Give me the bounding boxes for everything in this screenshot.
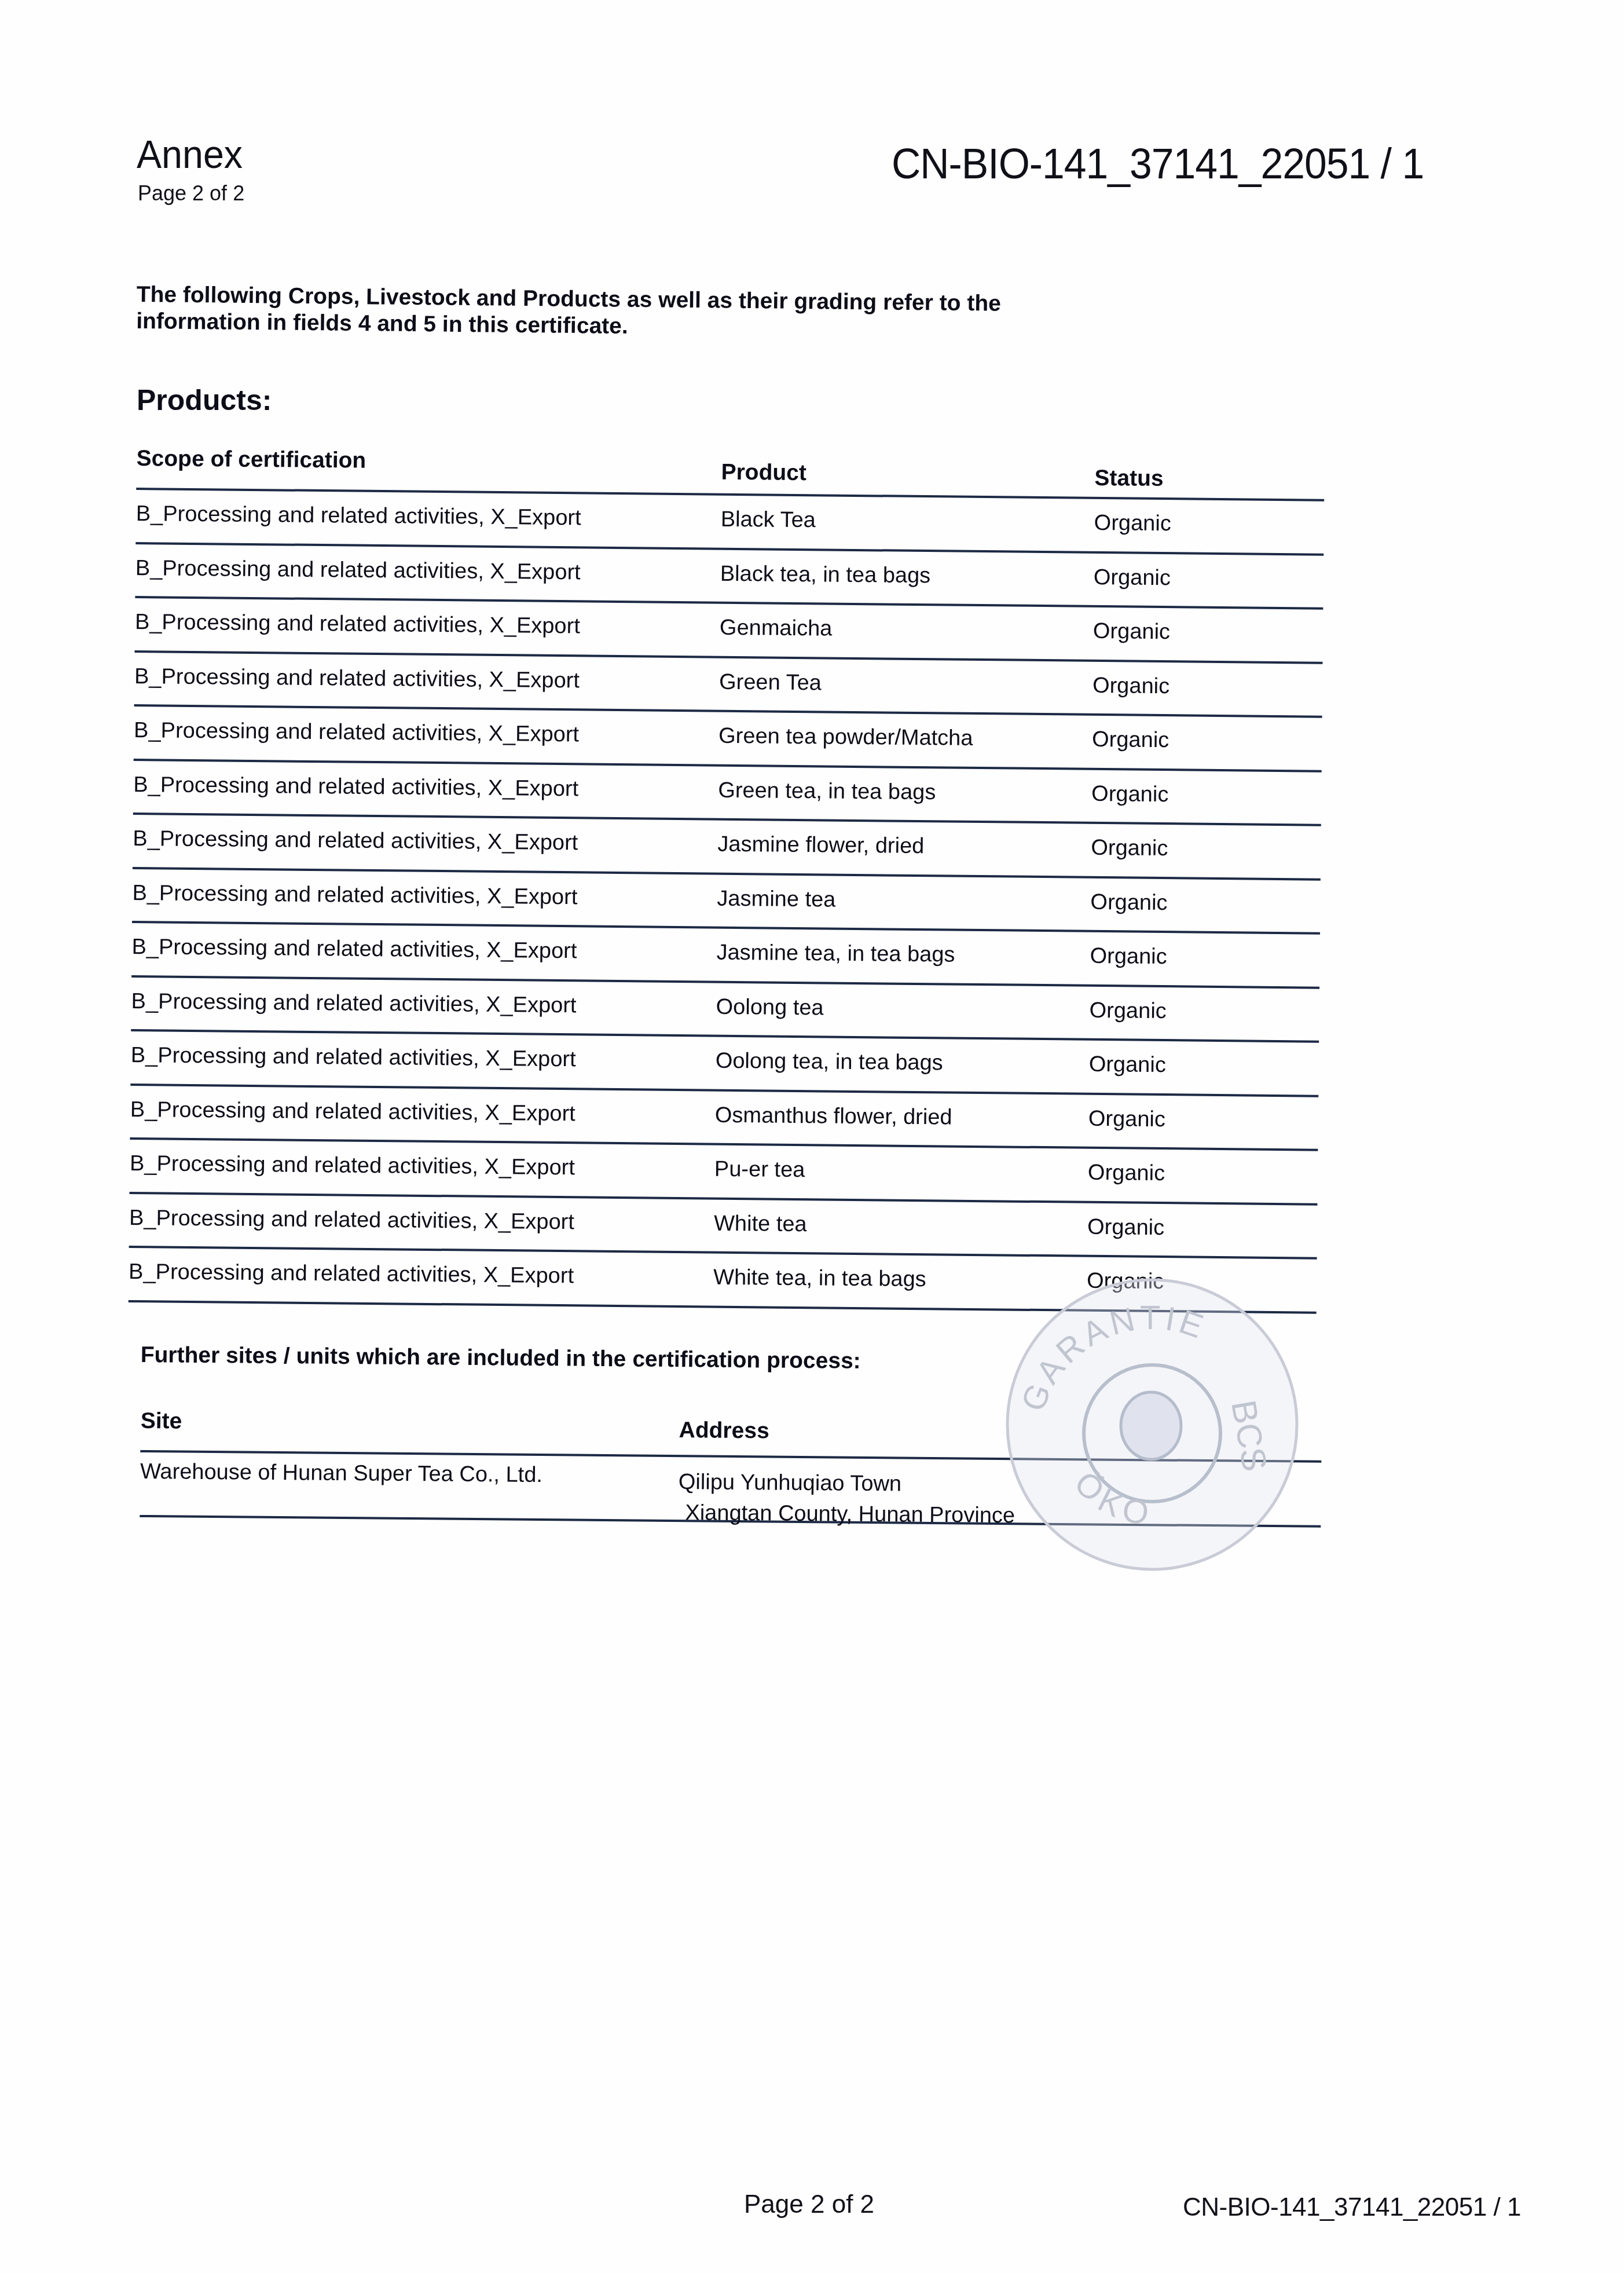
table-row: Warehouse of Hunan Super Tea Co., Ltd. Q… xyxy=(140,1452,1321,1528)
products-table: Scope of certification Product Status B_… xyxy=(129,441,1325,1313)
column-header-site: Site xyxy=(141,1408,182,1434)
sites-table: Site Address Warehouse of Hunan Super Te… xyxy=(140,1406,1322,1528)
product-cell: Genmaicha xyxy=(720,616,833,642)
scope-cell: B_Processing and related activities, X_E… xyxy=(132,880,577,909)
status-cell: Organic xyxy=(1094,565,1171,590)
product-cell: Jasmine tea xyxy=(717,886,835,912)
status-cell: Organic xyxy=(1093,619,1170,645)
scope-cell: B_Processing and related activities, X_E… xyxy=(134,664,580,693)
svg-text:GARANTIE: GARANTIE xyxy=(1014,1299,1211,1416)
certificate-annex-page: Annex Page 2 of 2 CN-BIO-141_37141_22051… xyxy=(0,0,1624,2273)
product-cell: Green tea powder/Matcha xyxy=(718,724,973,751)
product-cell: Jasmine tea, in tea bags xyxy=(716,940,955,968)
intro-text: The following Crops, Livestock and Produ… xyxy=(136,281,1121,345)
certificate-number: CN-BIO-141_37141_22051 / 1 xyxy=(892,139,1424,188)
product-cell: Green Tea xyxy=(719,669,822,696)
column-header-address: Address xyxy=(679,1418,769,1444)
table-row: B_Processing and related activities, X_E… xyxy=(129,1248,1317,1313)
scope-cell: B_Processing and related activities, X_E… xyxy=(130,1097,575,1126)
seal-text-top: GARANTIE xyxy=(1014,1299,1211,1416)
column-header-status: Status xyxy=(1094,466,1164,492)
scope-cell: B_Processing and related activities, X_E… xyxy=(136,502,581,530)
status-cell: Organic xyxy=(1088,1161,1165,1186)
column-header-scope: Scope of certification xyxy=(137,446,366,474)
scope-cell: B_Processing and related activities, X_E… xyxy=(129,1205,574,1234)
scope-cell: B_Processing and related activities, X_E… xyxy=(133,772,578,801)
site-name: Warehouse of Hunan Super Tea Co., Ltd. xyxy=(140,1456,542,1491)
product-cell: White tea, in tea bags xyxy=(713,1265,926,1293)
annex-title: Annex xyxy=(137,132,243,177)
products-table-body: B_Processing and related activities, X_E… xyxy=(129,490,1324,1313)
product-cell: Osmanthus flower, dried xyxy=(715,1103,952,1130)
status-cell: Organic xyxy=(1089,998,1166,1023)
status-cell: Organic xyxy=(1091,781,1168,807)
product-cell: Jasmine flower, dried xyxy=(717,832,924,859)
status-cell: Organic xyxy=(1087,1214,1164,1240)
status-cell: Organic xyxy=(1090,944,1167,969)
scope-cell: B_Processing and related activities, X_E… xyxy=(135,610,580,639)
scope-cell: B_Processing and related activities, X_E… xyxy=(131,935,577,964)
products-heading: Products: xyxy=(137,383,272,417)
scope-cell: B_Processing and related activities, X_E… xyxy=(133,826,578,855)
product-cell: Oolong tea xyxy=(716,994,823,1020)
address-line-1: Qilipu Yunhuqiao Town xyxy=(679,1466,1016,1500)
status-cell: Organic xyxy=(1094,511,1171,536)
scope-cell: B_Processing and related activities, X_E… xyxy=(135,555,581,584)
product-cell: Pu-er tea xyxy=(714,1157,805,1183)
site-address: Qilipu Yunhuqiao Town Xiangtan County, H… xyxy=(678,1466,1016,1531)
product-cell: Green tea, in tea bags xyxy=(718,778,936,805)
header-page-label: Page 2 of 2 xyxy=(138,181,244,206)
scope-cell: B_Processing and related activities, X_E… xyxy=(130,1151,575,1180)
scope-cell: B_Processing and related activities, X_E… xyxy=(131,1043,576,1072)
address-line-2: Xiangtan County, Hunan Province xyxy=(678,1498,1015,1531)
status-cell: Organic xyxy=(1087,1269,1164,1294)
column-header-product: Product xyxy=(721,460,806,486)
product-cell: Oolong tea, in tea bags xyxy=(716,1049,943,1076)
scope-cell: B_Processing and related activities, X_E… xyxy=(131,989,577,1017)
footer-page-label: Page 2 of 2 xyxy=(744,2190,874,2219)
sites-heading: Further sites / units which are included… xyxy=(141,1342,861,1374)
status-cell: Organic xyxy=(1089,1052,1166,1078)
status-cell: Organic xyxy=(1088,1106,1165,1132)
status-cell: Organic xyxy=(1092,727,1169,753)
product-cell: Black tea, in tea bags xyxy=(720,561,931,588)
scope-cell: B_Processing and related activities, X_E… xyxy=(129,1260,574,1289)
product-cell: Black Tea xyxy=(721,507,816,533)
status-cell: Organic xyxy=(1090,890,1167,915)
status-cell: Organic xyxy=(1093,673,1170,698)
footer-certificate-number: CN-BIO-141_37141_22051 / 1 xyxy=(1183,2193,1521,2222)
scope-cell: B_Processing and related activities, X_E… xyxy=(134,718,579,747)
product-cell: White tea xyxy=(714,1211,807,1237)
status-cell: Organic xyxy=(1091,836,1168,861)
